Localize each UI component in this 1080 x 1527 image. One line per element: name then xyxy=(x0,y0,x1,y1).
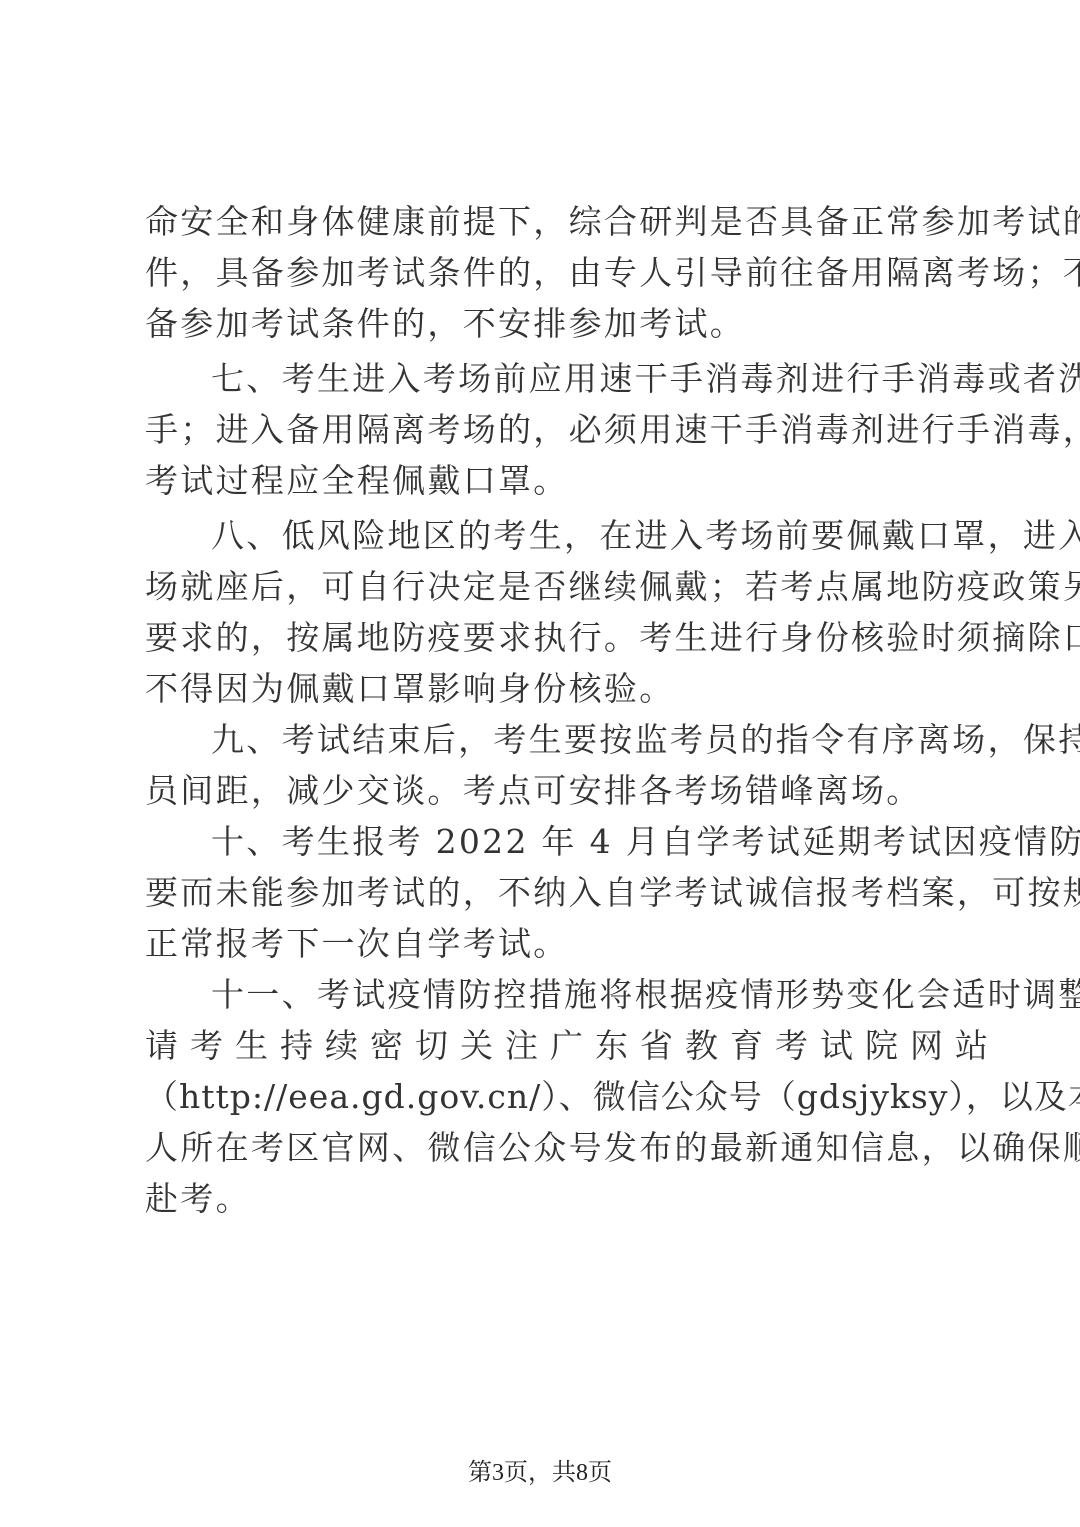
paragraph-line: 命安全和身体健康前提下，综合研判是否具备正常参加考试的条 xyxy=(145,196,945,247)
paragraph-line: （http://eea.gd.gov.cn/）、微信公众号（gdsjyksy），… xyxy=(145,1071,945,1122)
paragraph-line: 要而未能参加考试的，不纳入自学考试诚信报考档案，可按规定 xyxy=(145,867,945,918)
page-indicator: 第3页，共8页 xyxy=(0,1452,1080,1487)
paragraph-line: 十一、考试疫情防控措施将根据疫情形势变化会适时调整。 xyxy=(145,969,945,1020)
paragraph-line: 手；进入备用隔离考场的，必须用速干手消毒剂进行手消毒，且 xyxy=(145,404,945,455)
paragraph-line: 备参加考试条件的，不安排参加考试。 xyxy=(145,298,945,349)
paragraph-line: 不得因为佩戴口罩影响身份核验。 xyxy=(145,663,945,714)
paragraph-line: 员间距，减少交谈。考点可安排各考场错峰离场。 xyxy=(145,765,945,816)
paragraph-line: 人所在考区官网、微信公众号发布的最新通知信息，以确保顺利 xyxy=(145,1122,945,1173)
paragraph-line: 请考生持续密切关注广东省教育考试院网站 xyxy=(145,1020,945,1071)
paragraph-line: 场就座后，可自行决定是否继续佩戴；若考点属地防疫政策另有 xyxy=(145,561,945,612)
paragraph-line: 十、考生报考 2022 年 4 月自学考试延期考试因疫情防控需 xyxy=(145,816,945,867)
paragraph-line: 要求的，按属地防疫要求执行。考生进行身份核验时须摘除口罩， xyxy=(145,612,945,663)
paragraph-line: 八、低风险地区的考生，在进入考场前要佩戴口罩，进入考 xyxy=(145,510,945,561)
document-body: 命安全和身体健康前提下，综合研判是否具备正常参加考试的条 件，具备参加考试条件的… xyxy=(145,196,945,1224)
paragraph-line: 赴考。 xyxy=(145,1173,945,1224)
document-page: 命安全和身体健康前提下，综合研判是否具备正常参加考试的条 件，具备参加考试条件的… xyxy=(0,0,1080,1527)
paragraph-line: 考试过程应全程佩戴口罩。 xyxy=(145,455,945,506)
paragraph-line: 件，具备参加考试条件的，由专人引导前往备用隔离考场；不具 xyxy=(145,247,945,298)
paragraph-line: 七、考生进入考场前应用速干手消毒剂进行手消毒或者洗 xyxy=(145,353,945,404)
paragraph-line: 九、考试结束后，考生要按监考员的指令有序离场，保持人 xyxy=(145,714,945,765)
paragraph-line: 正常报考下一次自学考试。 xyxy=(145,918,945,969)
